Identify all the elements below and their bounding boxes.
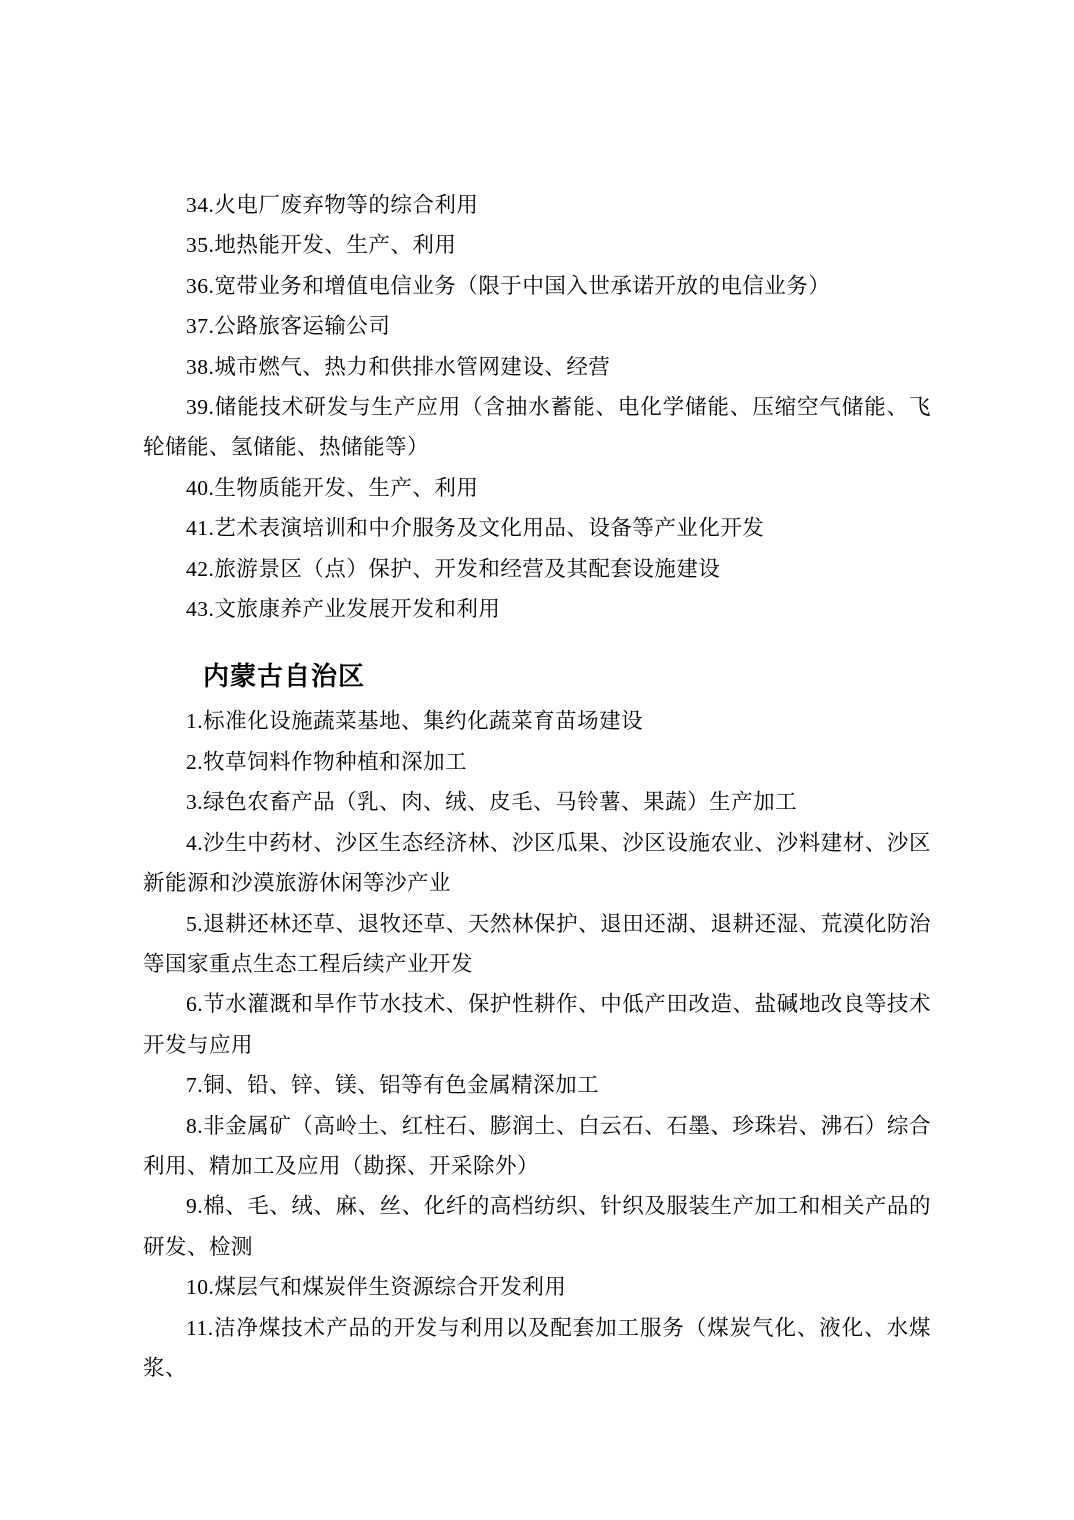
list-item: 37.公路旅客运输公司 [143,306,931,346]
list-item: 3.绿色农畜产品（乳、肉、绒、皮毛、马铃薯、果蔬）生产加工 [143,782,931,822]
list-item: 42.旅游景区（点）保护、开发和经营及其配套设施建设 [143,549,931,589]
section-heading-inner-mongolia: 内蒙古自治区 [203,654,931,698]
numbered-list-inner-mongolia: 1.标准化设施蔬菜基地、集约化蔬菜育苗场建设2.牧草饲料作物种植和深加工3.绿色… [143,701,931,1388]
list-item: 7.铜、铅、锌、镁、铝等有色金属精深加工 [143,1065,931,1105]
list-item: 10.煤层气和煤炭伴生资源综合开发利用 [143,1267,931,1307]
list-item: 11.洁净煤技术产品的开发与利用以及配套加工服务（煤炭气化、液化、水煤浆、 [143,1308,931,1389]
list-item: 1.标准化设施蔬菜基地、集约化蔬菜育苗场建设 [143,701,931,741]
list-item: 43.文旅康养产业发展开发和利用 [143,589,931,629]
list-item: 34.火电厂废弃物等的综合利用 [143,185,931,225]
list-item: 35.地热能开发、生产、利用 [143,225,931,265]
list-item: 8.非金属矿（高岭土、红柱石、膨润土、白云石、石墨、珍珠岩、沸石）综合利用、精加… [143,1106,931,1187]
list-item: 6.节水灌溉和旱作节水技术、保护性耕作、中低产田改造、盐碱地改良等技术开发与应用 [143,984,931,1065]
list-item: 9.棉、毛、绒、麻、丝、化纤的高档纺织、针织及服装生产加工和相关产品的研发、检测 [143,1186,931,1267]
list-item: 5.退耕还林还草、退牧还草、天然林保护、退田还湖、退耕还湿、荒漠化防治等国家重点… [143,904,931,985]
list-item: 41.艺术表演培训和中介服务及文化用品、设备等产业化开发 [143,508,931,548]
document-page: 34.火电厂废弃物等的综合利用35.地热能开发、生产、利用36.宽带业务和增值电… [0,0,1074,1520]
list-item: 4.沙生中药材、沙区生态经济林、沙区瓜果、沙区设施农业、沙料建材、沙区新能源和沙… [143,823,931,904]
list-item: 39.储能技术研发与生产应用（含抽水蓄能、电化学储能、压缩空气储能、飞轮储能、氢… [143,387,931,468]
numbered-list-continued: 34.火电厂废弃物等的综合利用35.地热能开发、生产、利用36.宽带业务和增值电… [143,185,931,629]
list-item: 38.城市燃气、热力和供排水管网建设、经营 [143,347,931,387]
list-item: 2.牧草饲料作物种植和深加工 [143,742,931,782]
list-item: 36.宽带业务和增值电信业务（限于中国入世承诺开放的电信业务） [143,266,931,306]
list-item: 40.生物质能开发、生产、利用 [143,468,931,508]
